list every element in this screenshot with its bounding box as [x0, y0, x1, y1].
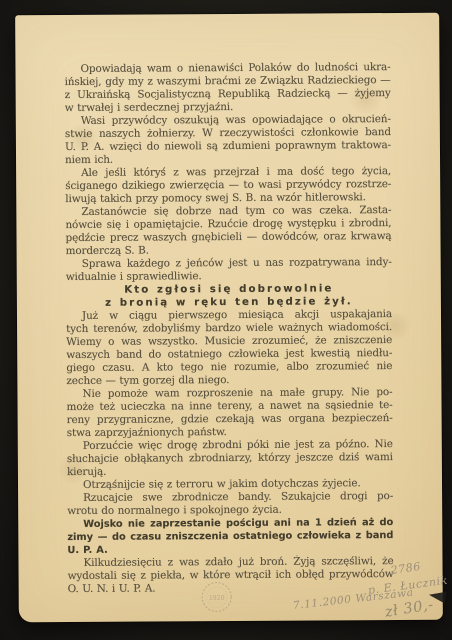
- text-line: reny przygraniczne, gdzie czekają was or…: [67, 412, 393, 427]
- text-line: giego czasu. A kto tego nie rozumie, alb…: [66, 360, 392, 375]
- paragraph: Opowiadają wam o nienawiści Polaków do l…: [64, 61, 390, 115]
- library-stamp-icon: 1920: [200, 580, 234, 614]
- paragraph: Ale jeśli któryś z was przejrzał i ma do…: [65, 165, 391, 206]
- text-line: Sprawa każdego z jeńców jest u nas rozpa…: [66, 256, 392, 271]
- paragraph: Zastanówcie się dobrze nad tym co was cz…: [65, 204, 391, 258]
- text-line: z Ukraińską Socjalistyczną Republiką Rad…: [65, 87, 391, 102]
- text-line: Rzucajcie swe zbrodnicze bandy. Szukajci…: [67, 490, 393, 505]
- text-line: zimy — do czasu zniszczenia ostatniego c…: [67, 529, 393, 544]
- paragraph: Sprawa każdego z jeńców jest u nas rozpa…: [66, 256, 392, 284]
- paragraph: Już w ciągu pierwszego miesiąca akcji us…: [66, 308, 392, 388]
- text-line: słuchajcie obłąkanych zbrodniarzy, którz…: [67, 451, 393, 466]
- paragraph: Wasi przywódcy oszukują was opowiadające…: [65, 113, 391, 167]
- document-body: Opowiadają wam o nienawiści Polaków do l…: [64, 61, 393, 596]
- paragraph: Wojsko nie zaprzestanie pościgu ani na 1…: [67, 516, 393, 557]
- leaflet-paper: Opowiadają wam o nienawiści Polaków do l…: [15, 13, 443, 623]
- stamp-center-text: 1920: [209, 595, 225, 602]
- text-line: U. P. A. wzięci do niewoli są zdumieni p…: [65, 139, 391, 154]
- paper-edge-notch: [428, 590, 446, 604]
- heading-paragraph: Kto zgłosi się dobrowolniez bronią w ręk…: [66, 282, 392, 310]
- photo-background: Opowiadają wam o nienawiści Polaków do l…: [0, 0, 452, 640]
- text-line: pędźcie precz waszych gnębicieli — dowód…: [65, 230, 391, 245]
- round-stamp-graphic: 1920: [200, 580, 234, 614]
- handwritten-inventory-number: 2786: [390, 560, 422, 577]
- paragraph: Porzućcie więc drogę zbrodni póki nie je…: [67, 438, 393, 479]
- paragraph: Rzucajcie swe zbrodnicze bandy. Szukajci…: [67, 490, 393, 518]
- paragraph: Nie pomoże wam rozproszenie na małe grup…: [66, 386, 392, 440]
